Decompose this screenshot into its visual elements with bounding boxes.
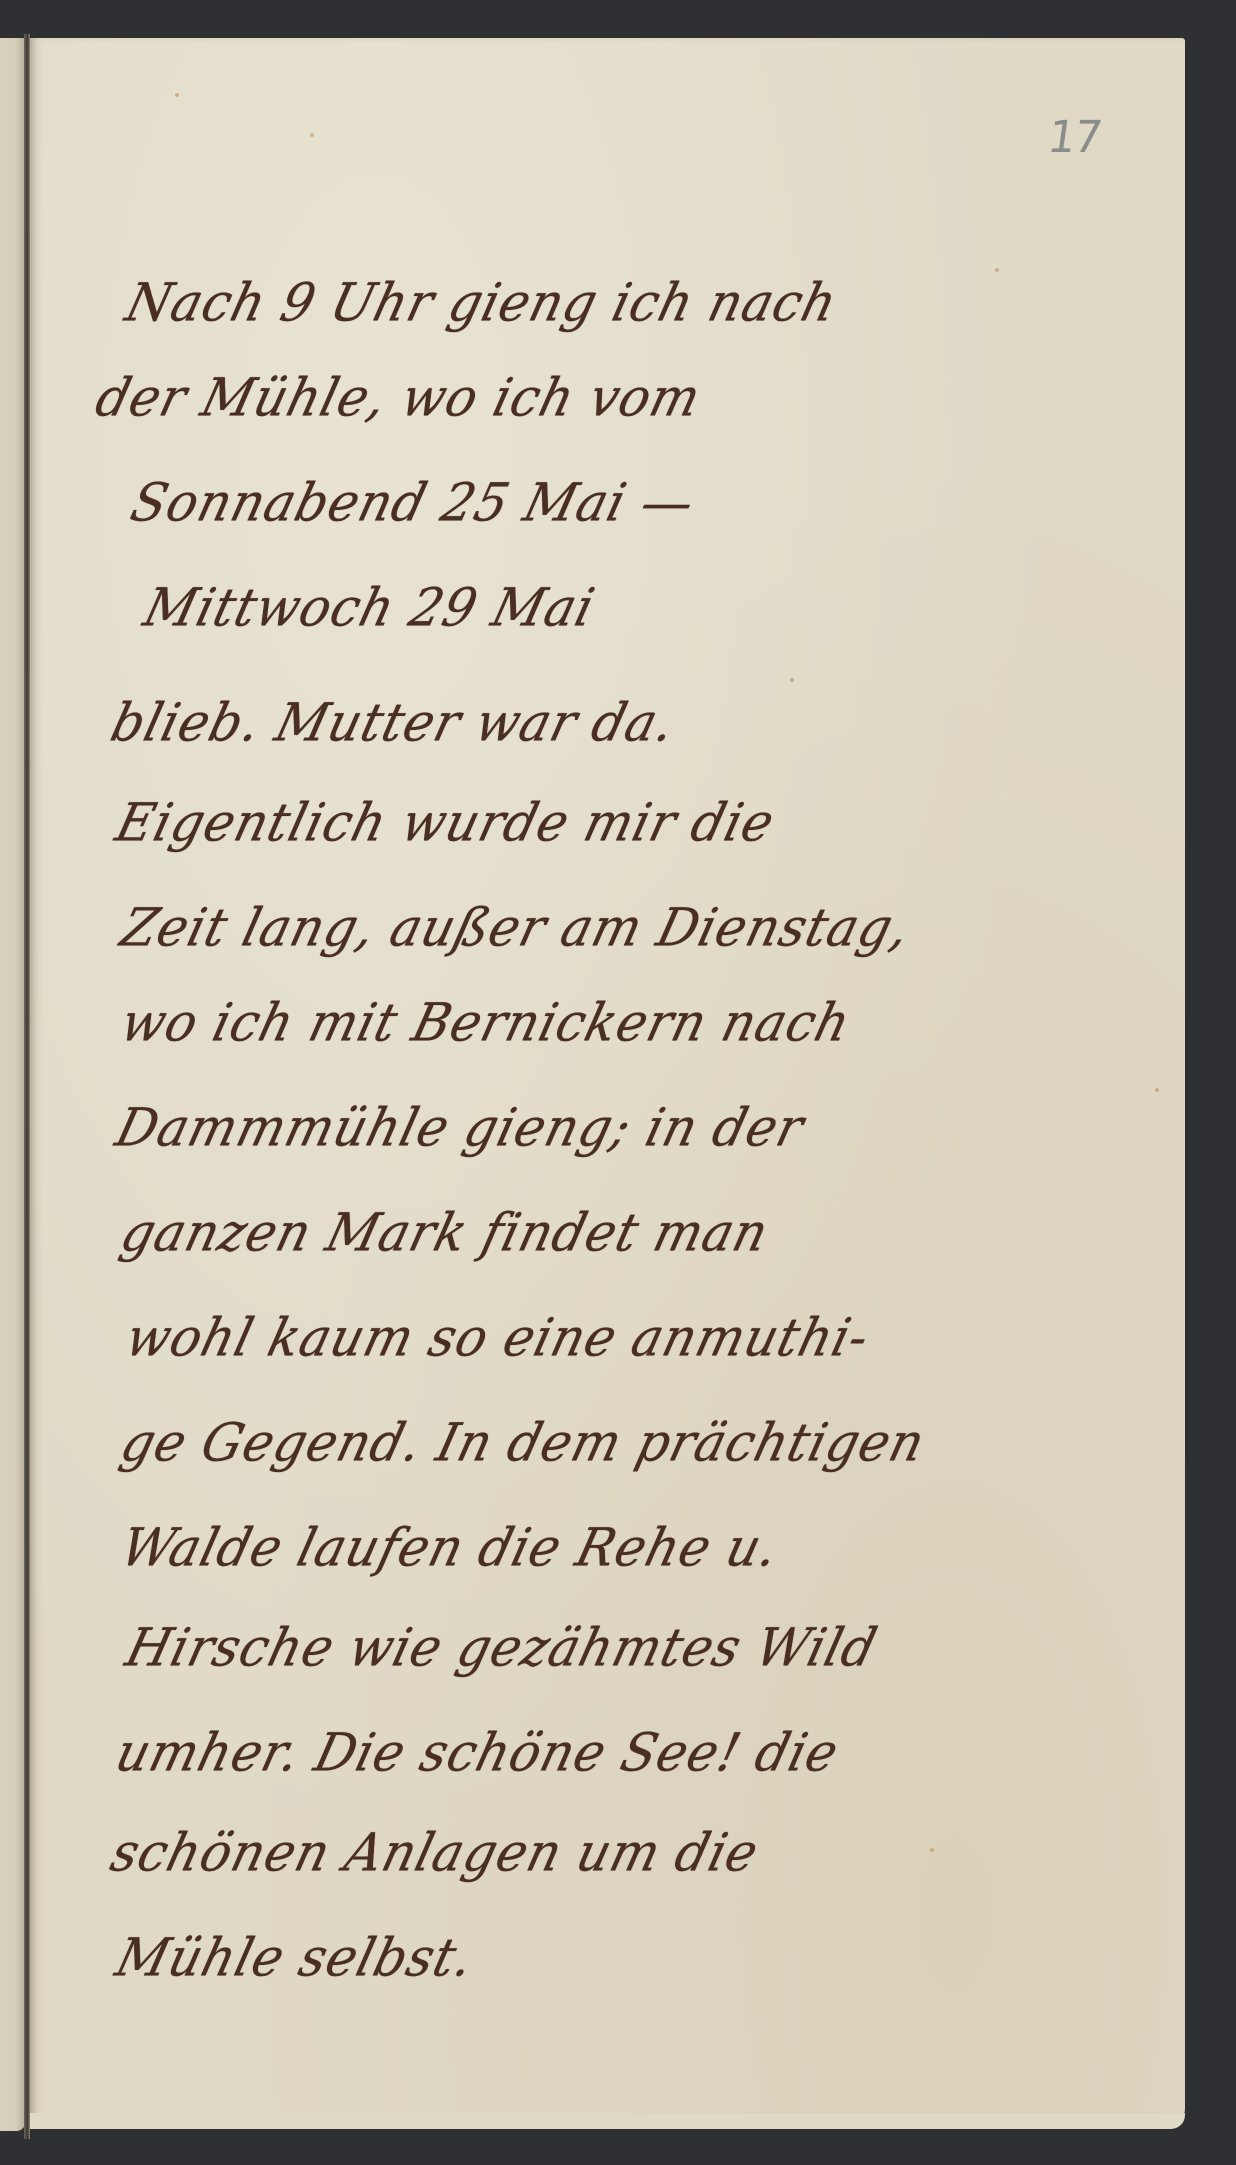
text-line: Mittwoch 29 Mai bbox=[138, 577, 601, 638]
text-line: schönen Anlagen um die bbox=[105, 1822, 765, 1883]
manuscript-page bbox=[30, 38, 1185, 2123]
paper-speck bbox=[310, 133, 314, 137]
text-line: Hirsche wie gezähmtes Wild bbox=[120, 1617, 883, 1678]
paper-speck bbox=[930, 1848, 934, 1852]
text-line: ganzen Mark findet man bbox=[115, 1202, 775, 1263]
text-line: Walde laufen die Rehe u. bbox=[115, 1517, 785, 1578]
text-line: ge Gegend. In dem prächtigen bbox=[115, 1412, 931, 1473]
text-line: Mühle selbst. bbox=[110, 1927, 480, 1988]
paper-speck bbox=[175, 93, 179, 97]
paper-speck bbox=[790, 678, 794, 682]
folio-number: 17 bbox=[1044, 112, 1103, 163]
text-line: Nach 9 Uhr gieng ich nach bbox=[120, 272, 844, 333]
text-line: der Mühle, wo ich vom bbox=[90, 367, 707, 428]
text-line: Sonnabend 25 Mai — bbox=[125, 472, 701, 533]
text-line: wo ich mit Bernickern nach bbox=[115, 992, 857, 1053]
paper-speck bbox=[1155, 1088, 1159, 1092]
text-line: wohl kaum so eine anmuthi- bbox=[120, 1307, 876, 1368]
text-line: Dammmühle gieng; in der bbox=[110, 1097, 810, 1158]
manuscript-scan: 17 Nach 9 Uhr gieng ich nach der Mühle, … bbox=[0, 0, 1236, 2165]
text-line: Zeit lang, außer am Dienstag, bbox=[115, 897, 917, 958]
text-line: umher. Die schöne See! die bbox=[110, 1722, 845, 1783]
text-line: blieb. Mutter war da. bbox=[105, 692, 682, 753]
paper-speck bbox=[995, 268, 999, 272]
text-line: Eigentlich wurde mir die bbox=[110, 792, 781, 853]
previous-page-edge bbox=[0, 38, 26, 2131]
